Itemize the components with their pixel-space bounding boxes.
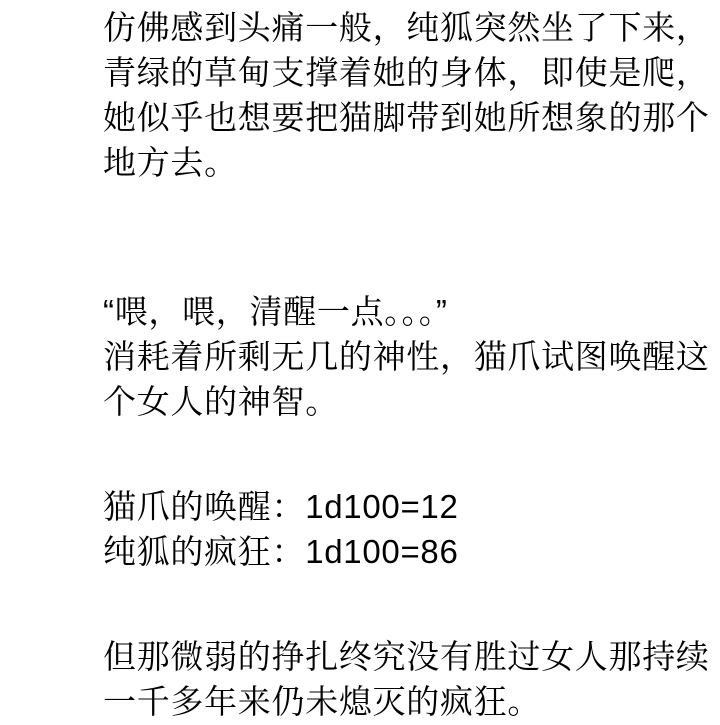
text-line: 青绿的草甸支撑着她的身体，即使是爬， xyxy=(103,50,717,95)
paragraph-dice-rolls: 猫爪的唤醒：1d100=12 纯狐的疯狂：1d100=86 xyxy=(103,484,717,574)
dice-roll-line: 纯狐的疯狂：1d100=86 xyxy=(103,529,717,574)
text-content: 仿佛感到头痛一般，纯狐突然坐了下来， 青绿的草甸支撑着她的身体，即使是爬， 她似… xyxy=(103,5,717,724)
text-line: 个女人的神智。 xyxy=(103,379,717,424)
text-line: 但那微弱的挣扎终究没有胜过女人那持续 xyxy=(103,634,717,679)
text-line: 消耗着所剩无几的神性，猫爪试图唤醒这 xyxy=(103,334,717,379)
text-line: 仿佛感到头痛一般，纯狐突然坐了下来， xyxy=(103,5,717,50)
paragraph-narration-1: 仿佛感到头痛一般，纯狐突然坐了下来， 青绿的草甸支撑着她的身体，即使是爬， 她似… xyxy=(103,5,717,185)
paragraph-narration-2: 但那微弱的挣扎终究没有胜过女人那持续 一千多年来仍未熄灭的疯狂。 xyxy=(103,634,717,724)
text-line: 她似乎也想要把猫脚带到她所想象的那个 xyxy=(103,95,717,140)
text-line: 地方去。 xyxy=(103,140,717,185)
page: 仿佛感到头痛一般，纯狐突然坐了下来， 青绿的草甸支撑着她的身体，即使是爬， 她似… xyxy=(0,0,720,725)
paragraph-dialogue: “喂，喂，清醒一点。。。” 消耗着所剩无几的神性，猫爪试图唤醒这 个女人的神智。 xyxy=(103,289,717,424)
dialogue-line: “喂，喂，清醒一点。。。” xyxy=(103,289,717,334)
dice-roll-line: 猫爪的唤醒：1d100=12 xyxy=(103,484,717,529)
text-line: 一千多年来仍未熄灭的疯狂。 xyxy=(103,679,717,724)
